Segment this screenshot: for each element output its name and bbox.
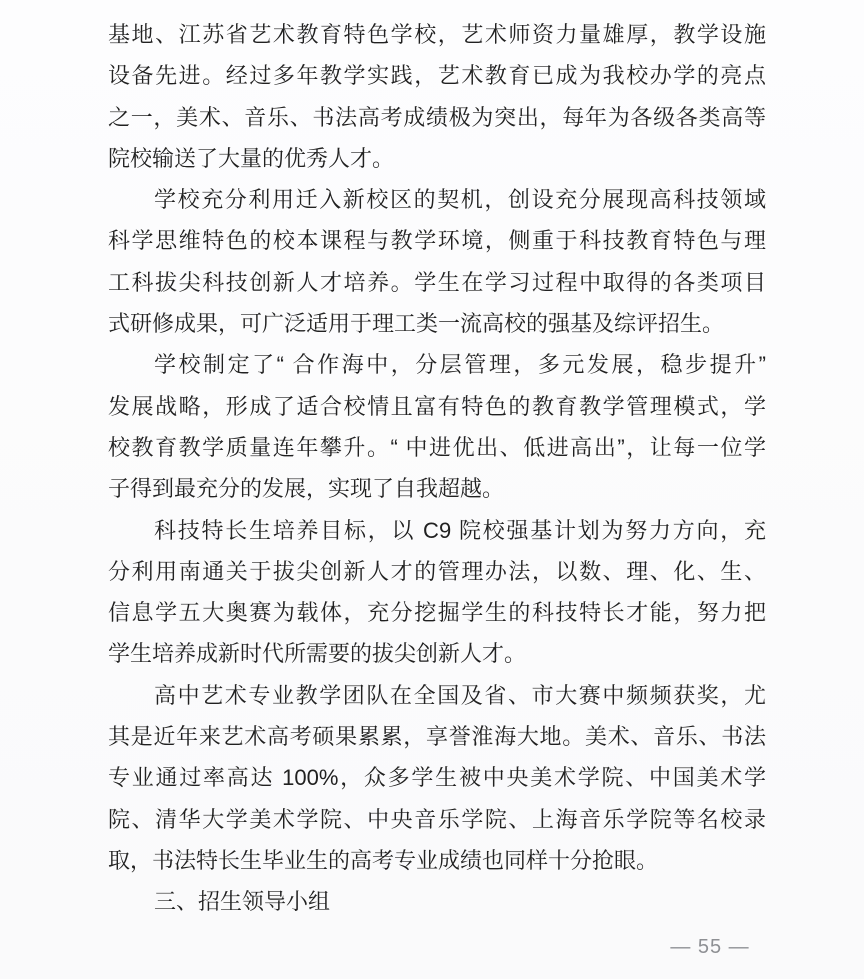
section-heading: 三、招生领导小组: [108, 881, 766, 922]
text-line: 取，书法特长生毕业生的高考专业成绩也同样十分抢眼。: [108, 840, 766, 881]
text-line: 发展战略，形成了适合校情且富有特色的教育教学管理模式，学: [108, 386, 766, 427]
text-line: 式研修成果，可广泛适用于理工类一流高校的强基及综评招生。: [108, 303, 766, 344]
text-line: 院校输送了大量的优秀人才。: [108, 138, 766, 179]
text-line: 科技特长生培养目标，以 C9 院校强基计划为努力方向，充: [108, 510, 766, 551]
page-number: — 55 —: [670, 936, 749, 958]
text-line: 校教育教学质量连年攀升。“ 中进优出、低进高出”，让每一位学: [108, 427, 766, 468]
document-page: 基地、江苏省艺术教育特色学校，艺术师资力量雄厚，教学设施设备先进。经过多年教学实…: [0, 0, 864, 979]
text-line: 设备先进。经过多年教学实践，艺术教育已成为我校办学的亮点: [108, 55, 766, 96]
text-line: 学校制定了“ 合作海中，分层管理，多元发展，稳步提升”: [108, 344, 766, 385]
text-line: 工科拔尖科技创新人才培养。学生在学习过程中取得的各类项目: [108, 262, 766, 303]
page-footer: — 55 —: [664, 936, 756, 959]
text-line: 科学思维特色的校本课程与教学环境，侧重于科技教育特色与理: [108, 220, 766, 261]
text-line: 分利用南通关于拔尖创新人才的管理办法，以数、理、化、生、: [108, 551, 766, 592]
text-line: 院、清华大学美术学院、中央音乐学院、上海音乐学院等名校录: [108, 799, 766, 840]
text-line: 信息学五大奥赛为载体，充分挖掘学生的科技特长才能，努力把: [108, 592, 766, 633]
text-line: 学校充分利用迁入新校区的契机，创设充分展现高科技领域: [108, 179, 766, 220]
text-line: 其是近年来艺术高考硕果累累，享誉淮海大地。美术、音乐、书法: [108, 716, 766, 757]
text-line: 基地、江苏省艺术教育特色学校，艺术师资力量雄厚，教学设施: [108, 14, 766, 55]
document-text: 基地、江苏省艺术教育特色学校，艺术师资力量雄厚，教学设施设备先进。经过多年教学实…: [108, 14, 766, 923]
text-line: 高中艺术专业教学团队在全国及省、市大赛中频频获奖，尤: [108, 675, 766, 716]
text-line: 子得到最充分的发展，实现了自我超越。: [108, 468, 766, 509]
text-line: 学生培养成新时代所需要的拔尖创新人才。: [108, 633, 766, 674]
text-line: 专业通过率高达 100%，众多学生被中央美术学院、中国美术学: [108, 757, 766, 798]
text-line: 之一，美术、音乐、书法高考成绩极为突出，每年为各级各类高等: [108, 97, 766, 138]
